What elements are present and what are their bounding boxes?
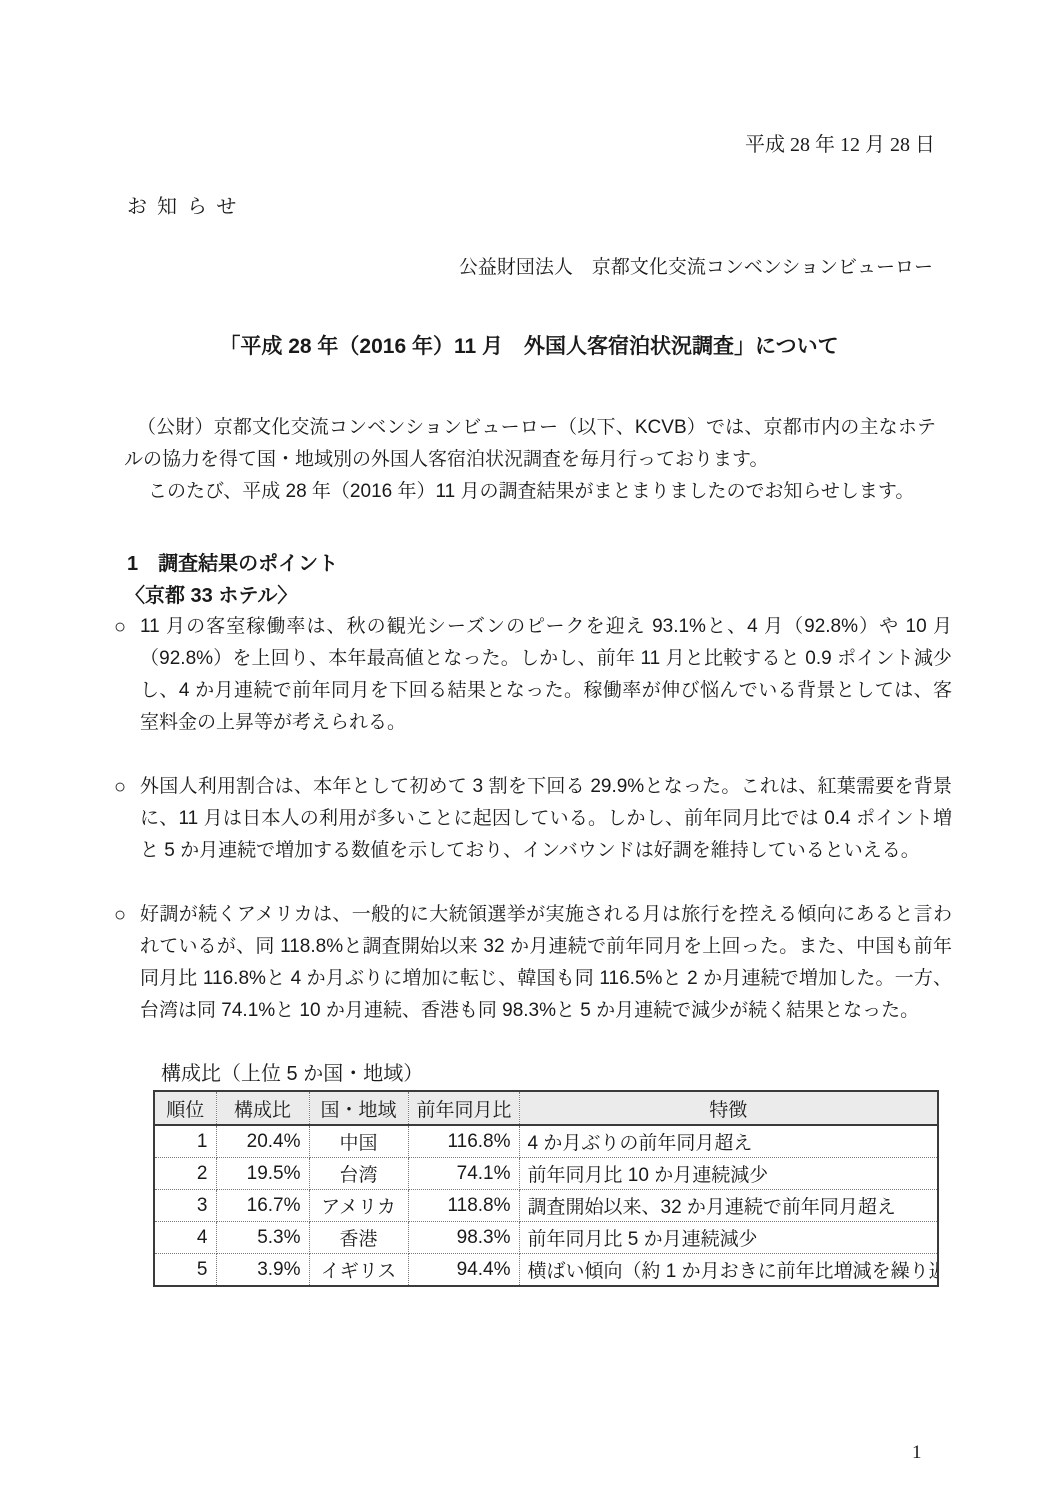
organization-name: 公益財団法人 京都文化交流コンベンションビューロー — [459, 252, 933, 279]
cell-share: 16.7% — [216, 1190, 309, 1222]
cell-country: アメリカ — [309, 1190, 408, 1222]
table-row: 4 5.3% 香港 98.3% 前年同月比 5 か月連続減少 — [154, 1222, 938, 1254]
document-title: 「平成 28 年（2016 年）11 月 外国人客宿泊状況調査」について — [0, 330, 1058, 360]
intro-paragraph-1: （公財）京都文化交流コンベンションビューロー（以下、KCVB）では、京都市内の主… — [124, 412, 936, 476]
section-subheading: 〈京都 33 ホテル〉 — [125, 579, 297, 608]
circle-bullet-icon: ○ — [114, 611, 126, 643]
document-date: 平成 28 年 12 月 28 日 — [745, 128, 935, 157]
circle-bullet-icon: ○ — [114, 771, 126, 803]
table-header-row: 順位 構成比 国・地域 前年同月比 特徴 — [154, 1091, 938, 1125]
cell-country: イギリス — [309, 1254, 408, 1287]
header-share: 構成比 — [216, 1091, 309, 1125]
cell-yoy: 98.3% — [408, 1222, 519, 1254]
cell-rank: 5 — [154, 1254, 216, 1287]
cell-country: 台湾 — [309, 1158, 408, 1190]
notice-label: お知らせ — [127, 190, 246, 219]
bullet-text: 11 月の客室稼働率は、秋の観光シーズンのピークを迎え 93.1%と、4 月（9… — [140, 616, 952, 733]
cell-yoy: 116.8% — [408, 1125, 519, 1158]
cell-rank: 1 — [154, 1125, 216, 1158]
cell-yoy: 118.8% — [408, 1190, 519, 1222]
cell-share: 20.4% — [216, 1125, 309, 1158]
cell-share: 5.3% — [216, 1222, 309, 1254]
composition-table: 順位 構成比 国・地域 前年同月比 特徴 1 20.4% 中国 116.8% 4… — [153, 1090, 939, 1287]
cell-feature: 横ばい傾向（約 1 か月おきに前年比増減を繰り返し） — [519, 1254, 938, 1287]
table-row: 2 19.5% 台湾 74.1% 前年同月比 10 か月連続減少 — [154, 1158, 938, 1190]
cell-feature: 調査開始以来、32 か月連続で前年同月超え — [519, 1190, 938, 1222]
document-page: 平成 28 年 12 月 28 日 お知らせ 公益財団法人 京都文化交流コンベン… — [0, 0, 1058, 1497]
cell-rank: 4 — [154, 1222, 216, 1254]
section-heading: 1 調査結果のポイント — [127, 547, 338, 576]
intro-paragraph-2: このたび、平成 28 年（2016 年）11 月の調査結果がまとまりましたのでお… — [124, 476, 936, 508]
cell-share: 3.9% — [216, 1254, 309, 1287]
header-country: 国・地域 — [309, 1091, 408, 1125]
bullet-item-foreign-ratio: ○ 外国人利用割合は、本年として初めて 3 割を下回る 29.9%となった。これ… — [124, 771, 952, 867]
cell-share: 19.5% — [216, 1158, 309, 1190]
page-number: 1 — [912, 1442, 922, 1464]
cell-yoy: 74.1% — [408, 1158, 519, 1190]
cell-feature: 4 か月ぶりの前年同月超え — [519, 1125, 938, 1158]
header-yoy: 前年同月比 — [408, 1091, 519, 1125]
intro-paragraphs: （公財）京都文化交流コンベンションビューロー（以下、KCVB）では、京都市内の主… — [124, 412, 936, 508]
cell-rank: 2 — [154, 1158, 216, 1190]
table-row: 3 16.7% アメリカ 118.8% 調査開始以来、32 か月連続で前年同月超… — [154, 1190, 938, 1222]
cell-feature: 前年同月比 10 か月連続減少 — [519, 1158, 938, 1190]
table-row: 1 20.4% 中国 116.8% 4 か月ぶりの前年同月超え — [154, 1125, 938, 1158]
table-row: 5 3.9% イギリス 94.4% 横ばい傾向（約 1 か月おきに前年比増減を繰… — [154, 1254, 938, 1287]
bullet-item-countries: ○ 好調が続くアメリカは、一般的に大統領選挙が実施される月は旅行を控える傾向にあ… — [124, 899, 952, 1027]
header-rank: 順位 — [154, 1091, 216, 1125]
bullet-text: 好調が続くアメリカは、一般的に大統領選挙が実施される月は旅行を控える傾向にあると… — [140, 904, 952, 1021]
circle-bullet-icon: ○ — [114, 899, 126, 931]
cell-yoy: 94.4% — [408, 1254, 519, 1287]
cell-feature: 前年同月比 5 か月連続減少 — [519, 1222, 938, 1254]
cell-country: 香港 — [309, 1222, 408, 1254]
table-caption: 構成比（上位 5 か国・地域） — [161, 1057, 423, 1086]
header-feature: 特徴 — [519, 1091, 938, 1125]
notice-text: お知らせ — [127, 196, 246, 218]
cell-rank: 3 — [154, 1190, 216, 1222]
cell-country: 中国 — [309, 1125, 408, 1158]
bullet-text: 外国人利用割合は、本年として初めて 3 割を下回る 29.9%となった。これは、… — [140, 776, 952, 861]
bullet-item-occupancy: ○ 11 月の客室稼働率は、秋の観光シーズンのピークを迎え 93.1%と、4 月… — [124, 611, 952, 739]
